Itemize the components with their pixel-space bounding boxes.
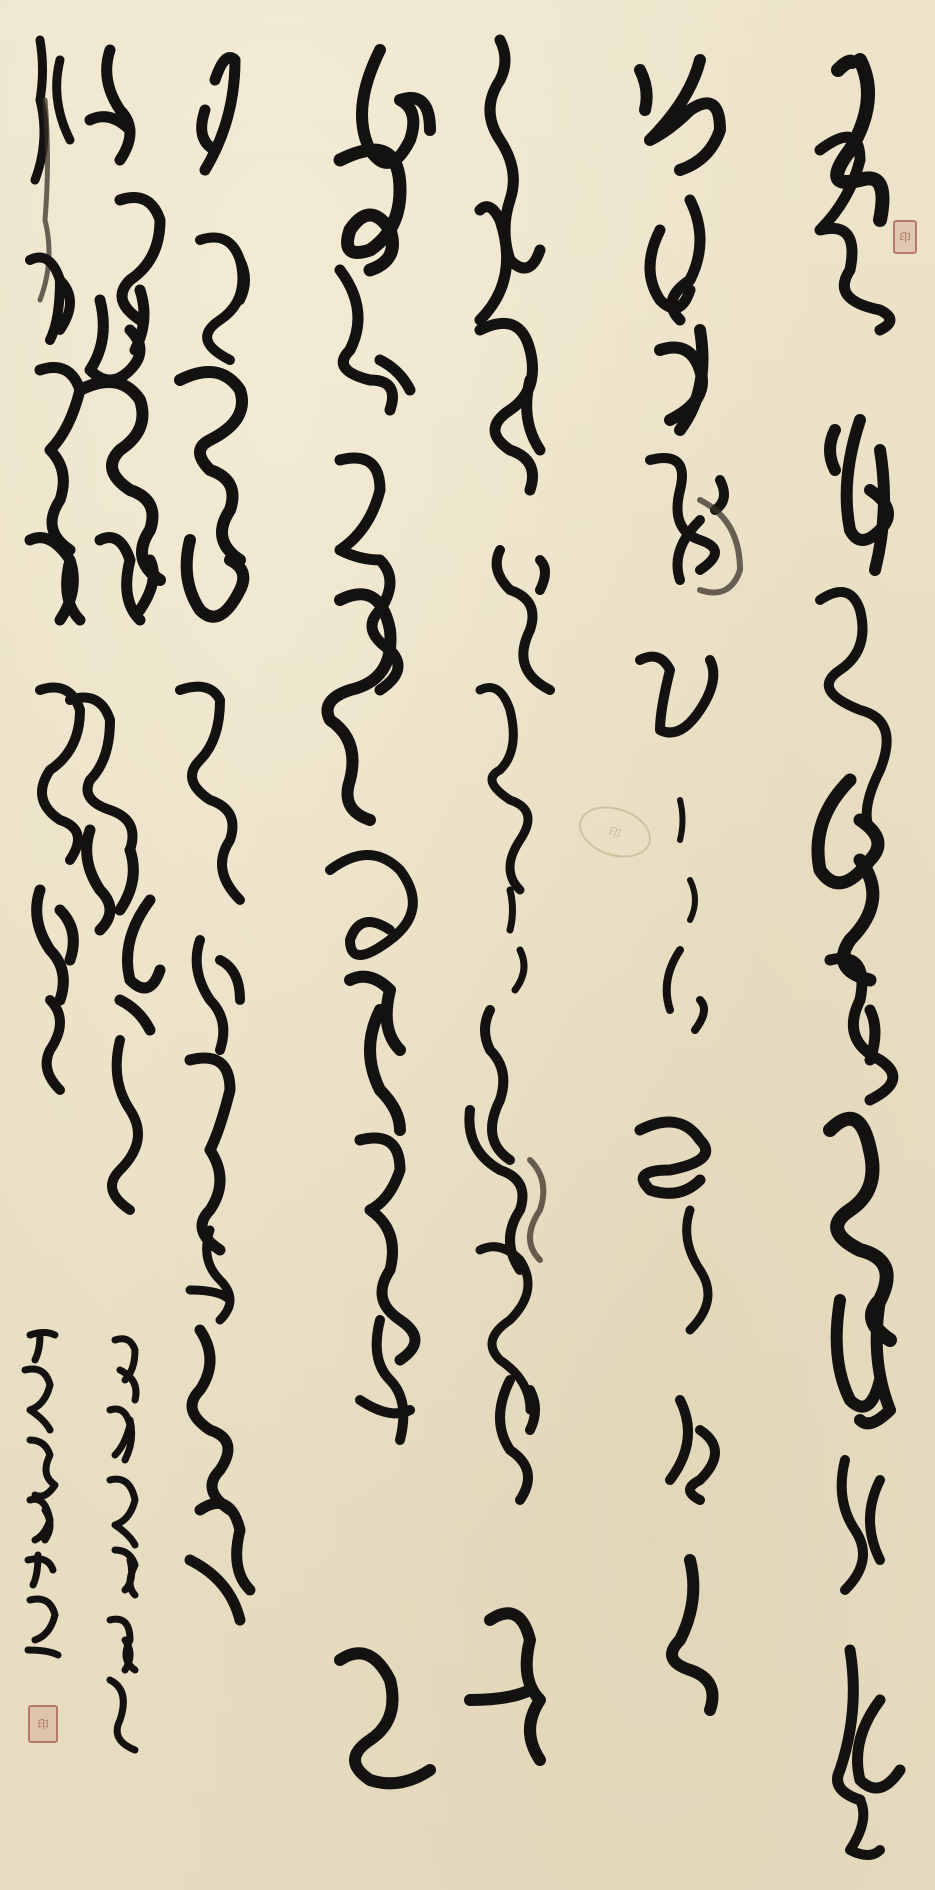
column-1 — [818, 60, 900, 1855]
column-4 — [328, 50, 431, 1783]
column-7 — [30, 40, 80, 1090]
seal-glyph: 印 — [607, 822, 624, 842]
calligraphy-scroll: 印 印 印 Chinese calligraphy scroll cursive… — [0, 0, 935, 1890]
column-2 — [640, 60, 740, 1710]
signature-seal: 印 — [28, 1705, 58, 1743]
leading-seal: 印 — [893, 220, 917, 254]
column-3 — [469, 40, 550, 1760]
column-5 — [180, 58, 250, 1621]
column-6 — [70, 50, 160, 1210]
seal-glyph: 印 — [38, 1719, 49, 1730]
calligraphy-ink-strokes — [0, 0, 935, 1890]
inscription-date-column — [110, 1339, 136, 1750]
seal-glyph: 印 — [900, 232, 911, 243]
inscription-signature-column — [25, 1333, 58, 1656]
